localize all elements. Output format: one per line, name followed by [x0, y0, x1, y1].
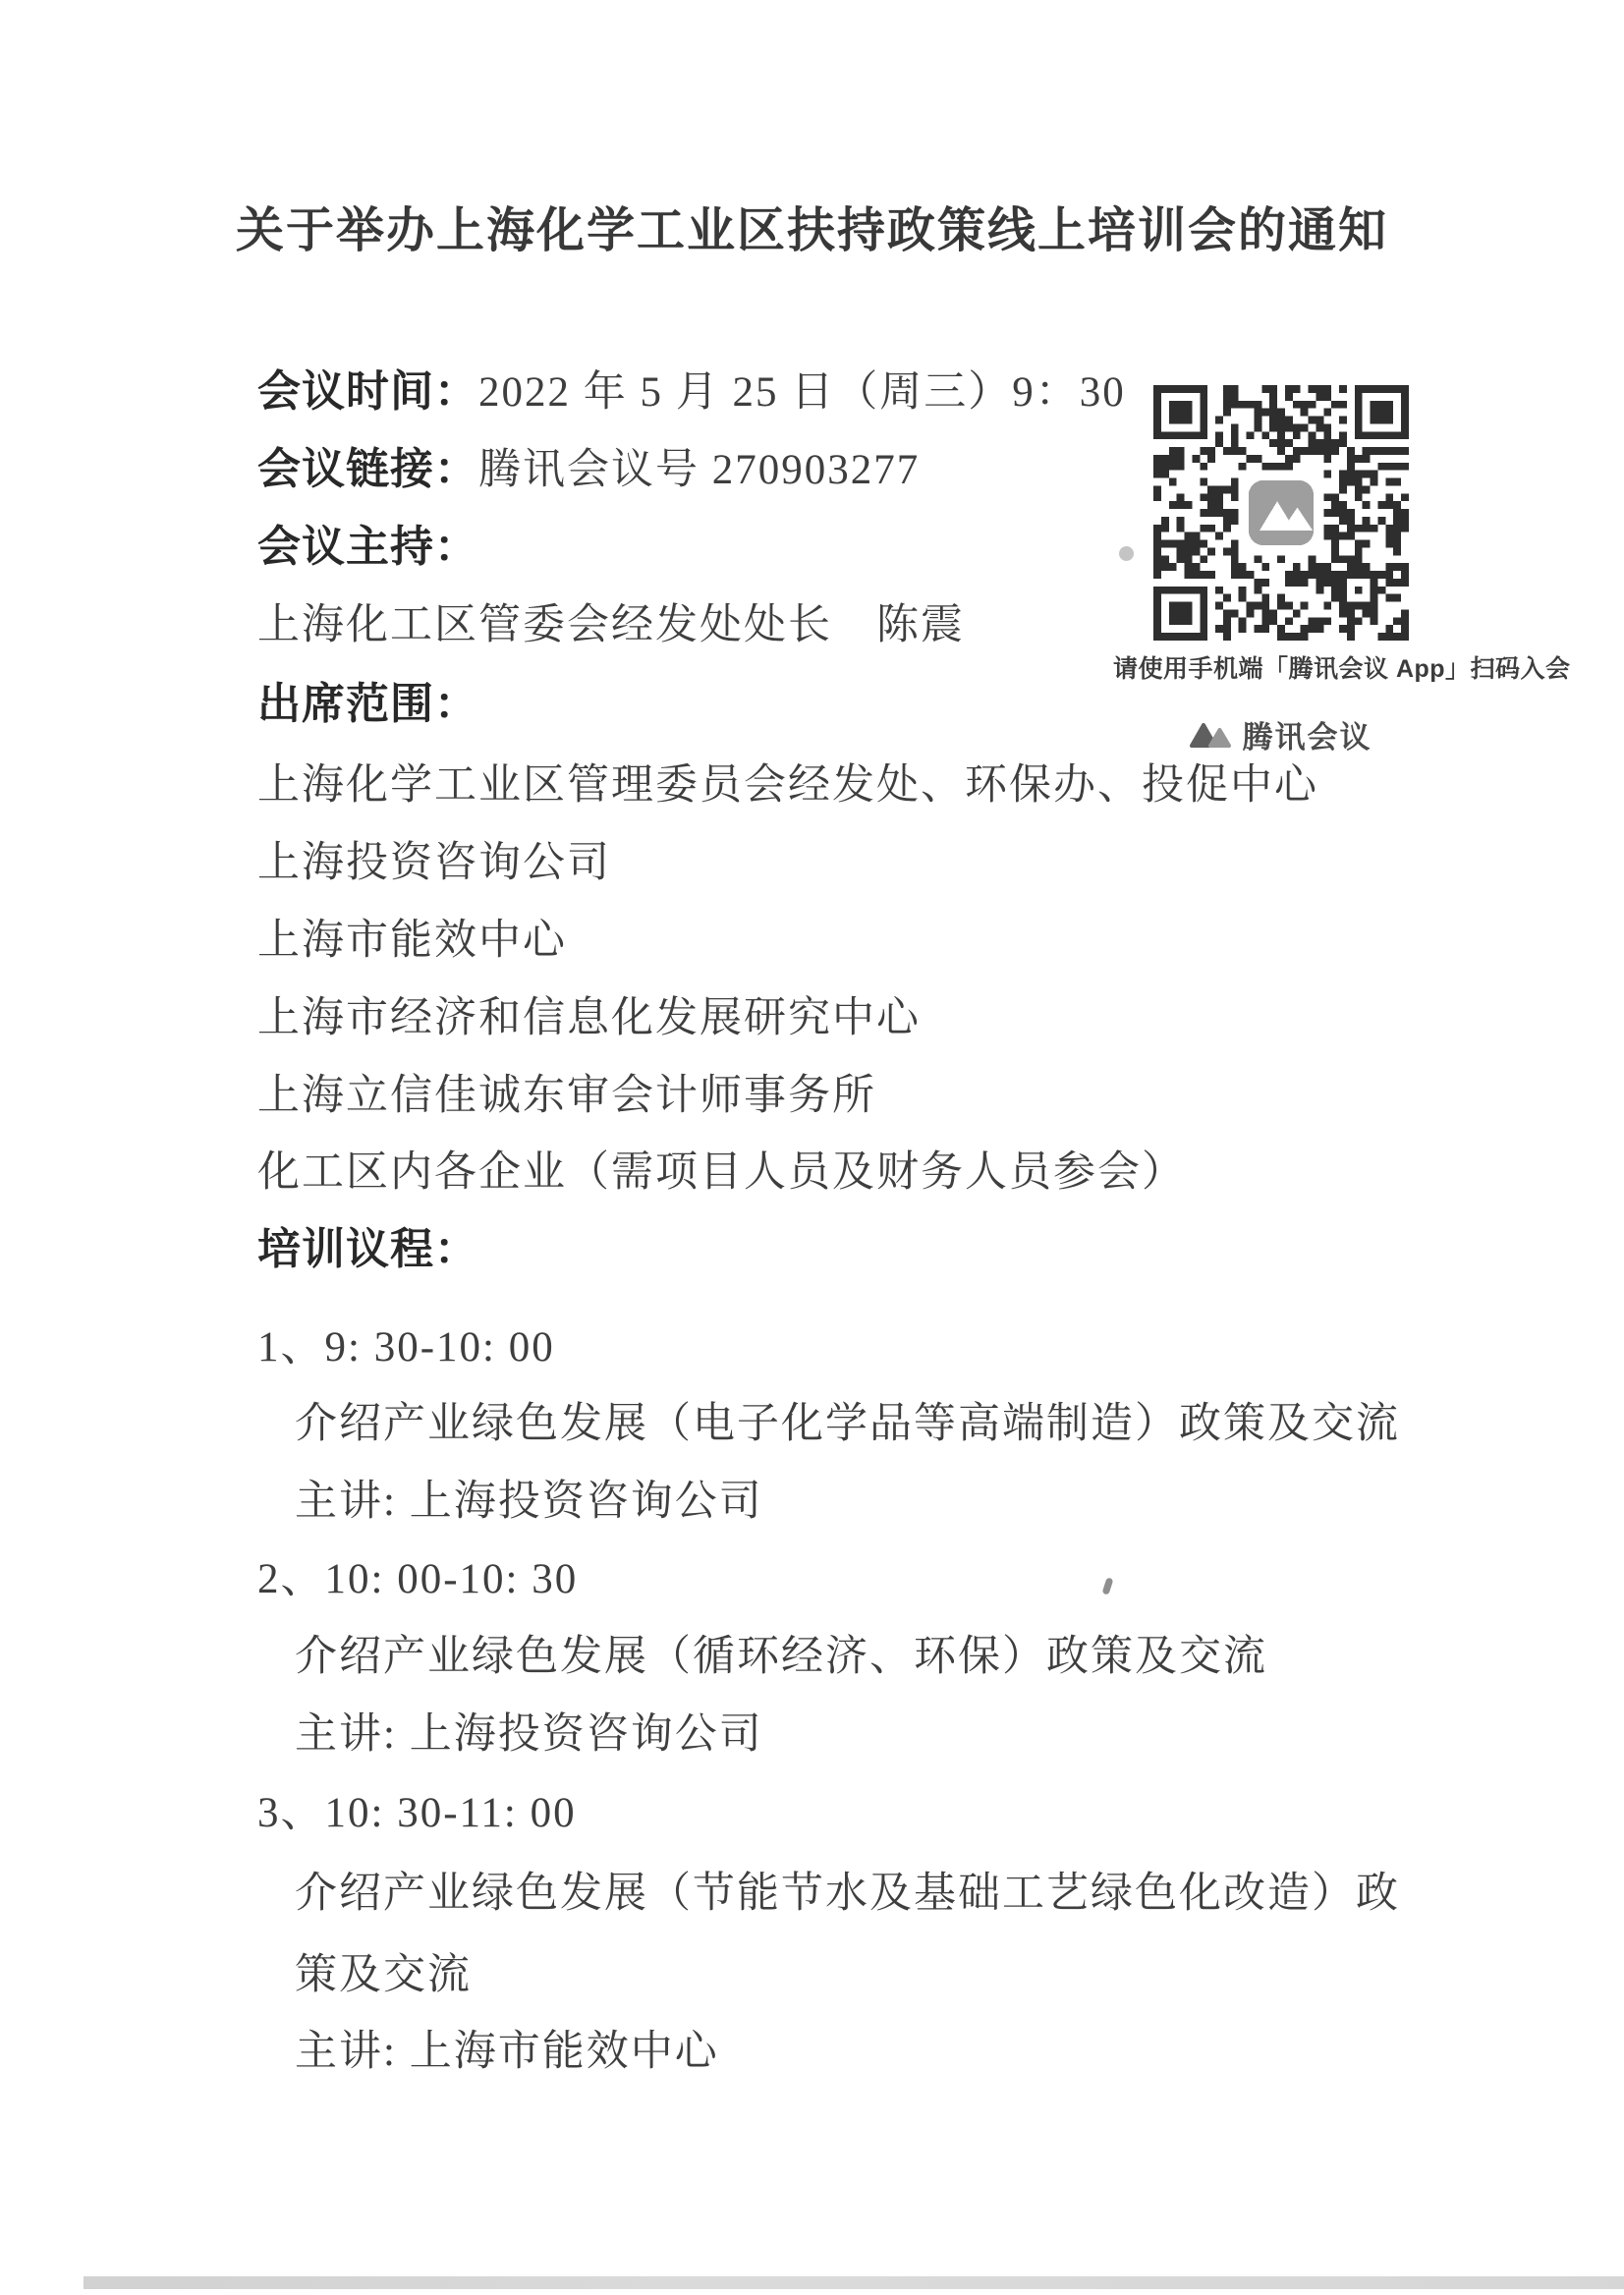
- agenda-item3-time: 3、10: 30-11: 00: [257, 1774, 577, 1853]
- attendee-line: 上海投资咨询公司: [257, 824, 611, 903]
- scanned-notice-page: 关于举办上海化学工业区扶持政策线上培训会的通知 会议时间：2022 年 5 月 …: [0, 0, 1624, 2295]
- tencent-meeting-qr-code: [1153, 385, 1409, 641]
- meeting-link-line: 会议链接：腾讯会议号 270903277: [257, 430, 920, 509]
- tencent-meeting-brand: 腾讯会议: [1113, 709, 1447, 758]
- agenda-item3-speaker: 主讲: 上海市能效中心: [295, 2013, 719, 2092]
- attendee-line: 上海市能效中心: [257, 902, 567, 980]
- scan-artifact-mark: [1102, 1577, 1114, 1595]
- agenda-item2-time: 2、10: 00-10: 30: [257, 1540, 578, 1619]
- agenda-item3-topic-line2: 策及交流: [295, 1936, 472, 2015]
- attendee-line: 上海立信佳诚东审会计师事务所: [257, 1057, 876, 1136]
- scan-artifact-dot: [1119, 546, 1134, 561]
- agenda-item2-topic: 介绍产业绿色发展（循环经济、环保）政策及交流: [295, 1618, 1267, 1697]
- meeting-link-value: 腾讯会议号 270903277: [478, 447, 920, 493]
- attendee-line: 化工区内各企业（需项目人员及财务人员参会）: [257, 1134, 1186, 1212]
- agenda-item1-topic: 介绍产业绿色发展（电子化学品等高端制造）政策及交流: [295, 1385, 1400, 1464]
- attendee-line: 上海化学工业区管理委员会经发处、环保办、投促中心: [257, 747, 1318, 825]
- brand-text: 腾讯会议: [1243, 712, 1372, 756]
- page-title: 关于举办上海化学工业区扶持政策线上培训会的通知: [0, 190, 1624, 272]
- agenda-item3-topic-line1: 介绍产业绿色发展（节能节水及基础工艺绿色化改造）政: [295, 1855, 1400, 1933]
- meeting-link-label: 会议链接：: [257, 445, 478, 493]
- agenda-item1-speaker: 主讲: 上海投资咨询公司: [295, 1463, 763, 1541]
- meeting-host-value: 上海化工区管委会经发处处长 陈震: [257, 587, 965, 665]
- mountain-logo-icon: [1189, 717, 1234, 751]
- attendee-line: 上海市经济和信息化发展研究中心: [257, 980, 921, 1058]
- qr-code-image: [1153, 385, 1409, 641]
- meeting-host-label: 会议主持：: [257, 508, 478, 587]
- scan-edge-shadow: [84, 2276, 1624, 2289]
- agenda-item2-speaker: 主讲: 上海投资咨询公司: [295, 1696, 763, 1774]
- meeting-time-line: 会议时间：2022 年 5 月 25 日（周三）9：30: [257, 353, 1126, 431]
- meeting-time-label: 会议时间：: [257, 367, 478, 416]
- agenda-label: 培训议程：: [257, 1210, 478, 1289]
- qr-caption: 请使用手机端「腾讯会议 App」扫码入会: [1113, 652, 1447, 686]
- meeting-time-value: 2022 年 5 月 25 日（周三）9：30: [478, 369, 1126, 416]
- agenda-item1-time: 1、9: 30-10: 00: [257, 1309, 555, 1387]
- attendance-label: 出席范围：: [257, 665, 478, 744]
